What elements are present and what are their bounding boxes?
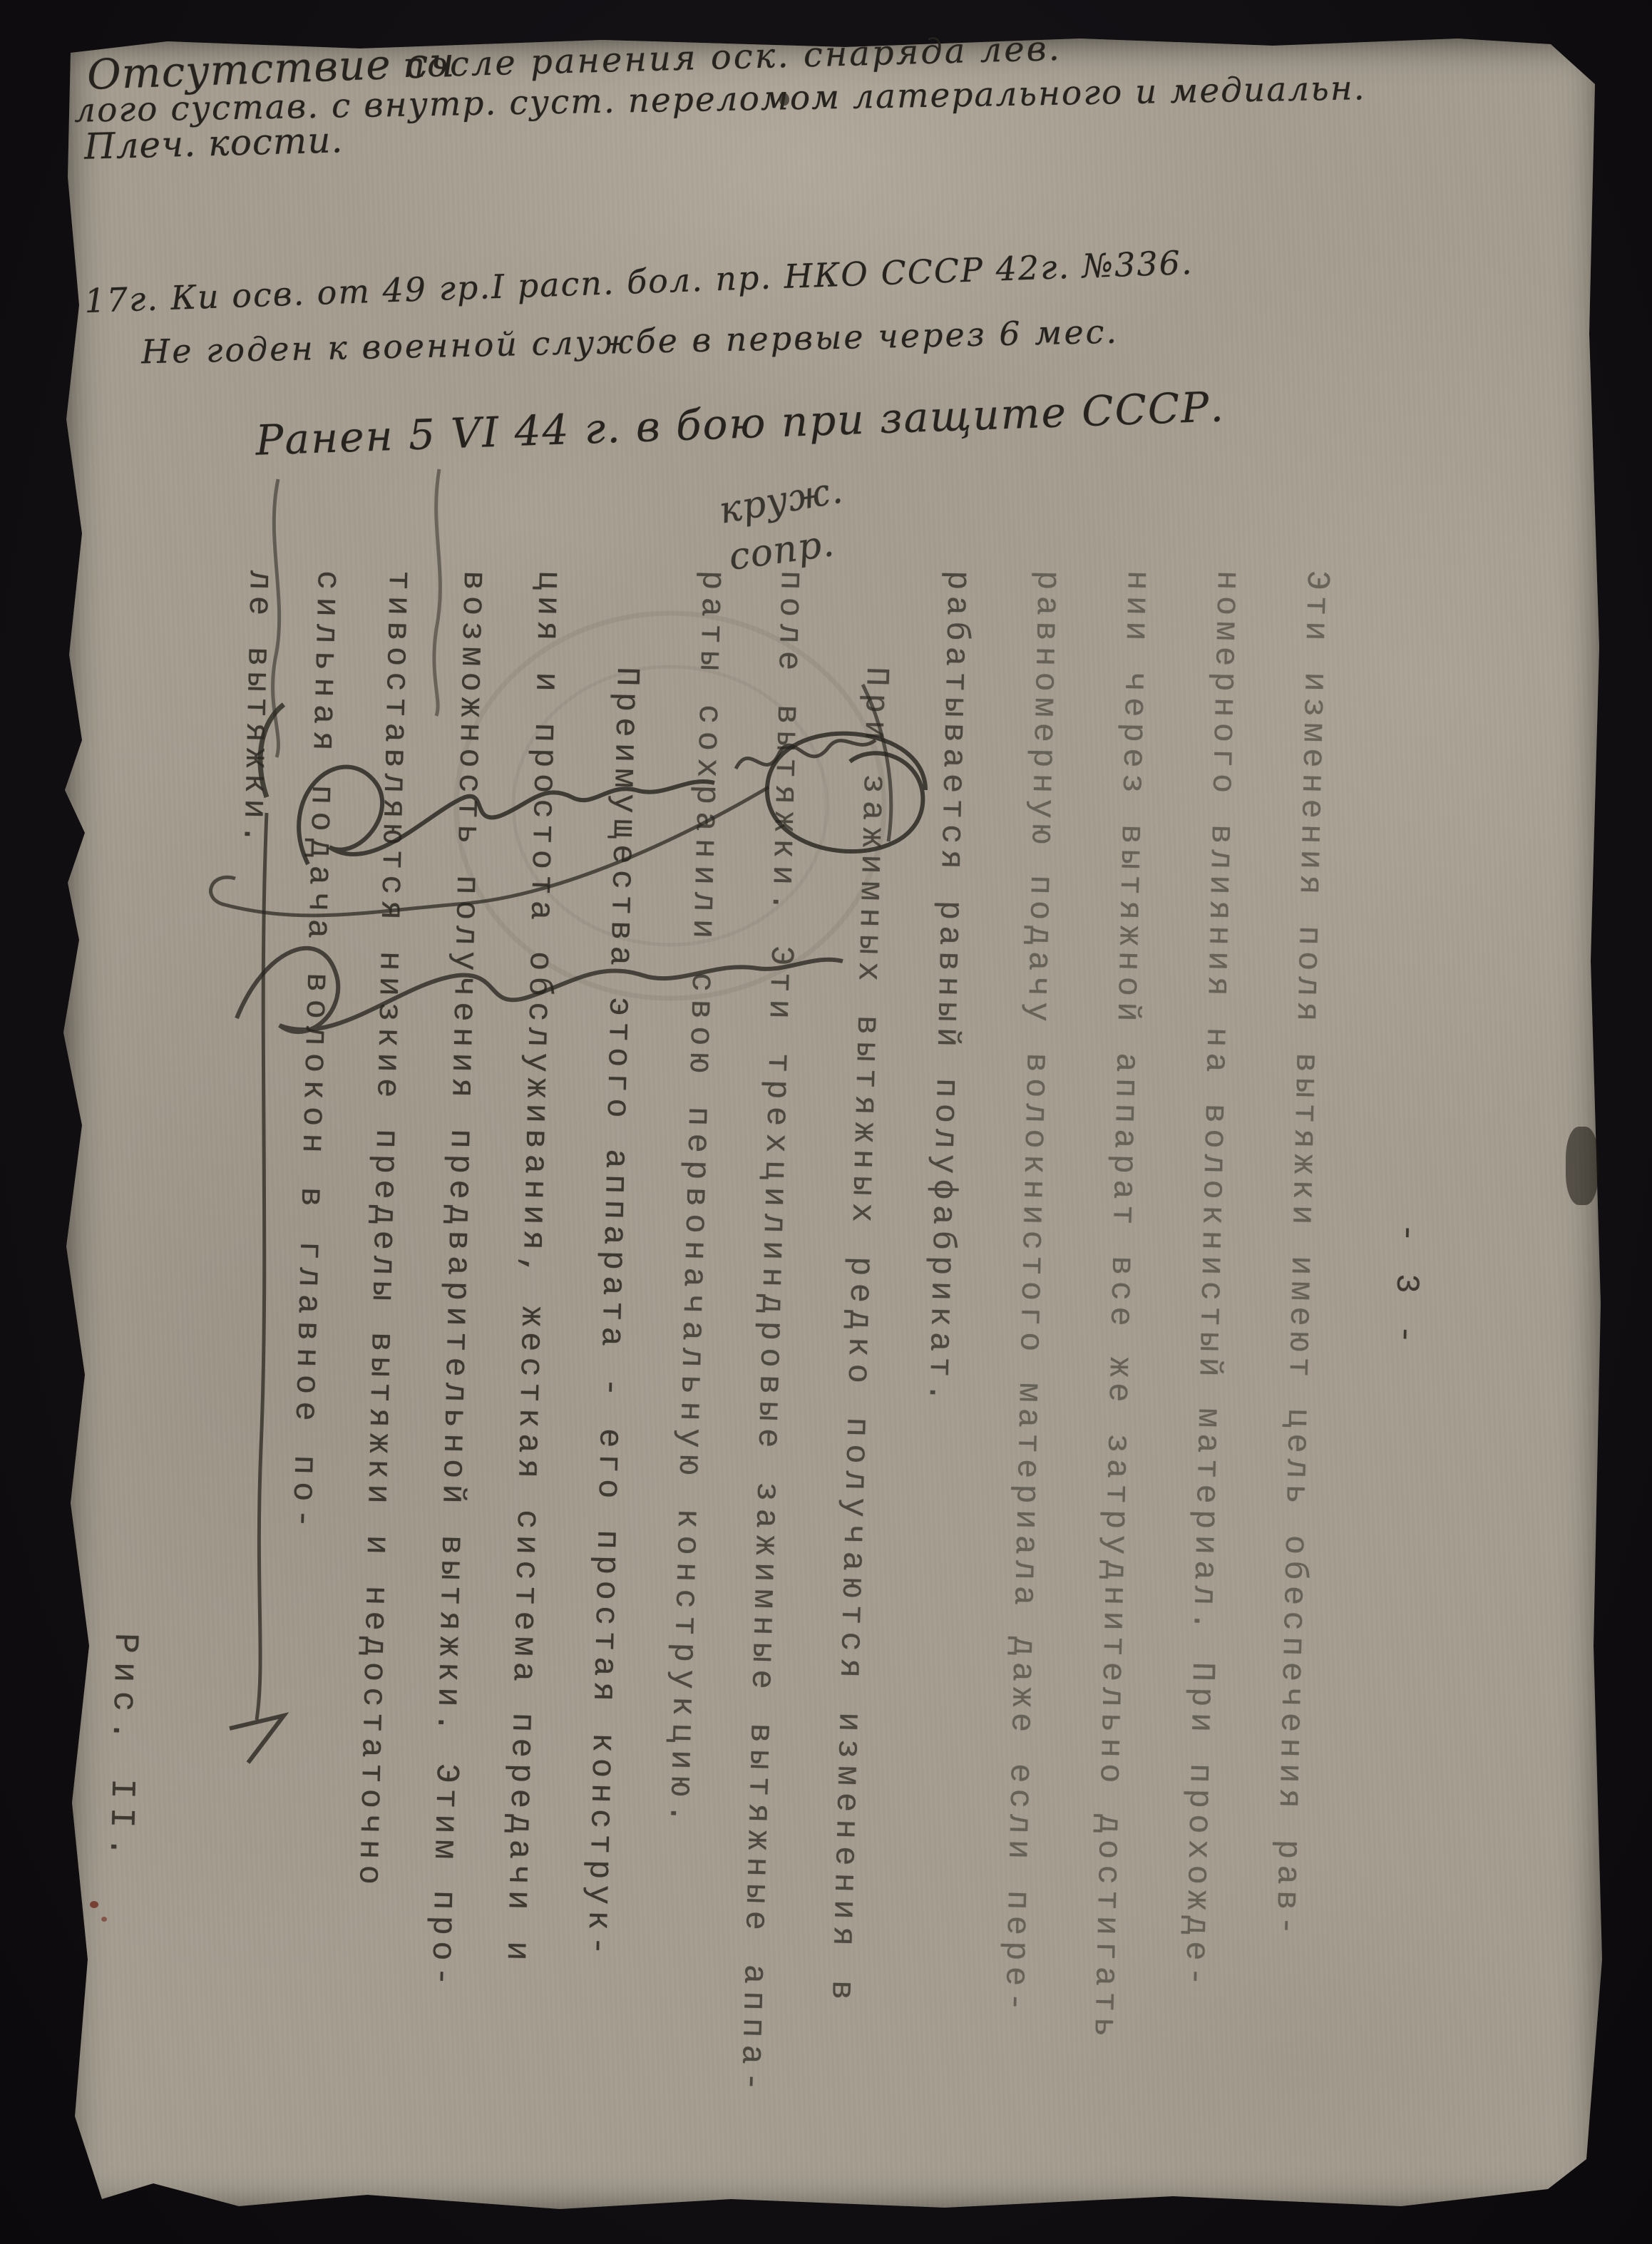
vertical-scribble-2 (434, 469, 441, 716)
ink-fleck-top (779, 93, 789, 106)
photograph-of-document: { "document": { "handwritten_header": { … (0, 0, 1652, 2244)
signature-scrawl-1b (736, 740, 876, 769)
margin-bracket (260, 705, 284, 797)
edge-smudge (1566, 1127, 1599, 1205)
margin-line-hook (230, 1716, 284, 1763)
signature-scrawl-2-oval (767, 734, 925, 851)
vertical-scribble-1 (273, 479, 279, 757)
ink-overlay (0, 0, 1652, 2244)
signature-scrawl-2-tail (211, 787, 769, 916)
margin-line (257, 813, 267, 1720)
red-speck-1 (90, 1901, 98, 1908)
stamp-circle-inner (513, 667, 827, 945)
red-speck-2 (101, 1917, 107, 1922)
